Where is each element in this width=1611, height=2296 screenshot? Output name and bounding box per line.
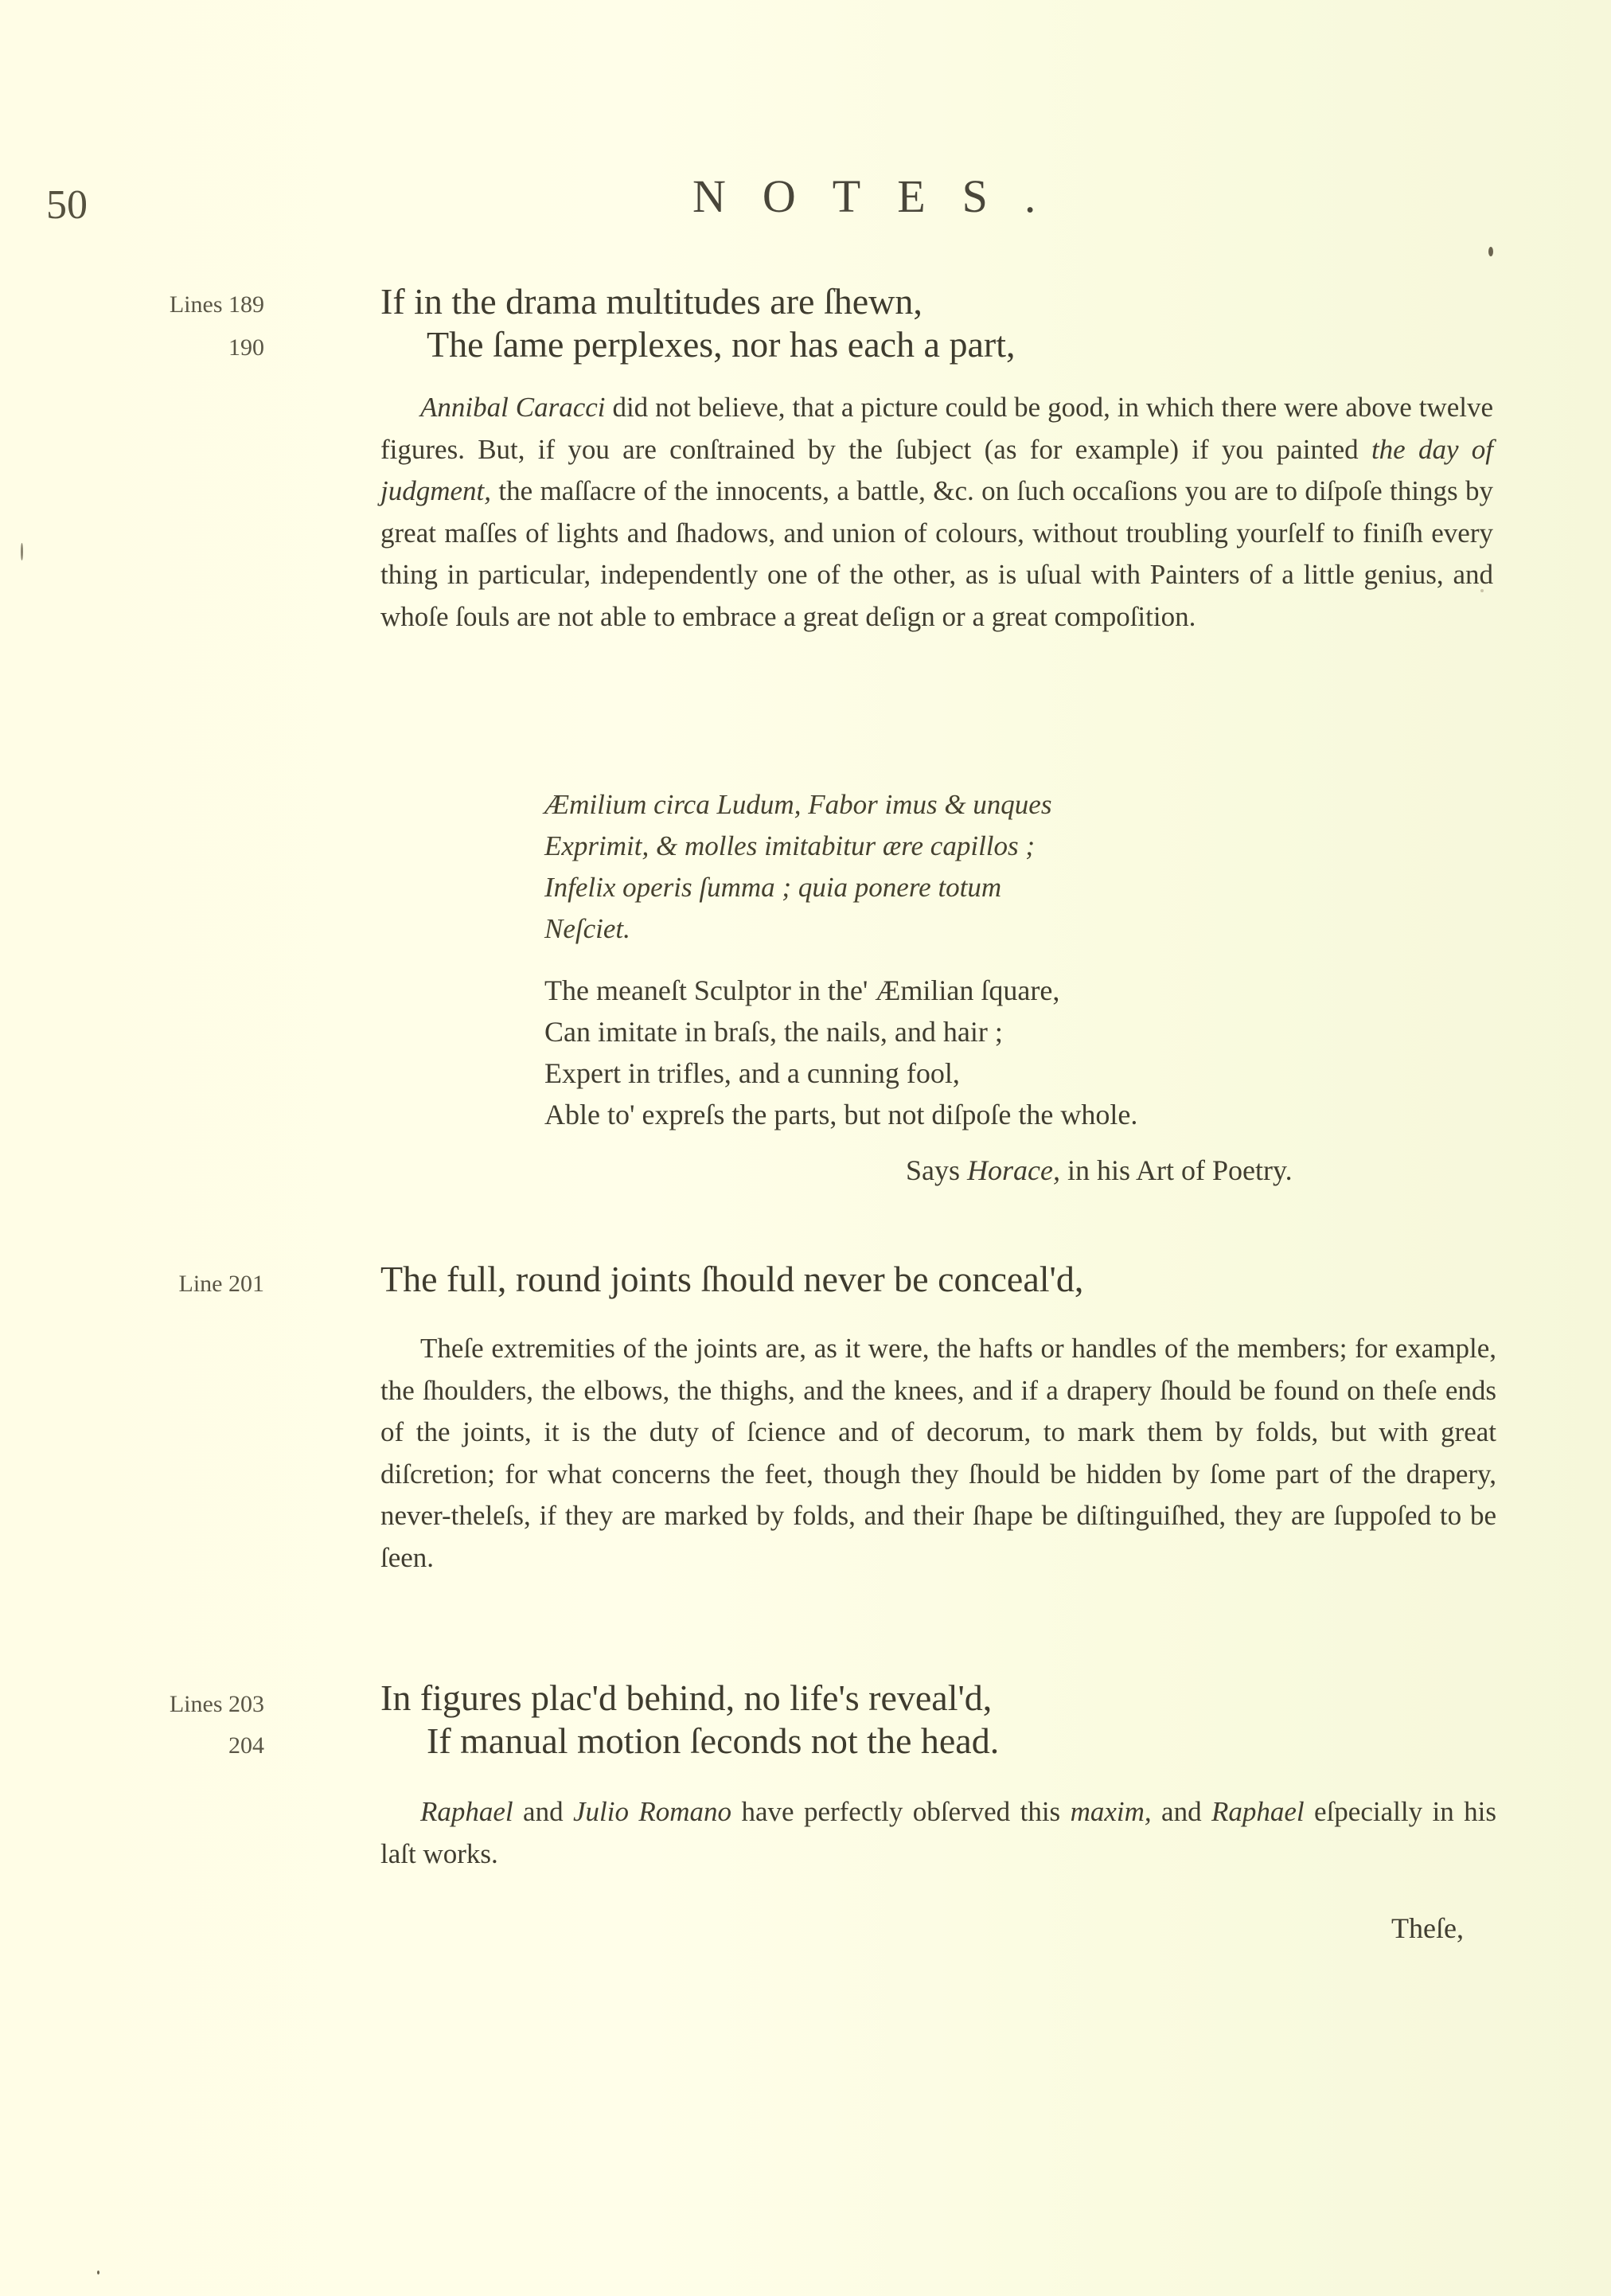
line-label-203: Lines 203 xyxy=(57,1693,264,1716)
paper-speck xyxy=(1488,247,1493,256)
commentary-text: have perfectly obſerved this xyxy=(731,1796,1071,1827)
attribution-horace: Says Horace, in his Art of Poetry. xyxy=(906,1156,1293,1185)
line-label-201: Line 201 xyxy=(57,1272,264,1296)
commentary-joints: Theſe extremities of the joints are, as … xyxy=(380,1328,1496,1579)
latin-line: Æmilium circa Ludum, Fabor imus & unques xyxy=(544,784,1051,826)
attribution-author: Horace, xyxy=(967,1154,1060,1186)
italic-name-caracci: Annibal Caracci xyxy=(420,392,606,423)
italic-name-raphael: Raphael xyxy=(1211,1796,1305,1827)
commentary-raphael: Raphael and Julio Romano have perfectly … xyxy=(380,1791,1496,1875)
attribution-prefix: Says xyxy=(906,1154,967,1186)
commentary-text: and xyxy=(1152,1796,1211,1827)
verse-line: Can imitate in braſs, the nails, and hai… xyxy=(544,1011,1137,1052)
english-verse-translation: The meaneſt Sculptor in the' Æmilian ſqu… xyxy=(544,970,1137,1135)
verse-line-189: If in the drama multitudes are ſhewn, xyxy=(380,283,923,320)
verse-line-201: The full, round joints ſhould never be c… xyxy=(380,1261,1083,1298)
running-head: NOTES. xyxy=(692,174,1072,220)
verse-line-204: If manual motion ſeconds not the head. xyxy=(427,1723,999,1759)
attribution-suffix: in his Art of Poetry. xyxy=(1060,1154,1293,1186)
verse-line: Expert in trifles, and a cunning fool, xyxy=(544,1052,1137,1094)
latin-quotation: Æmilium circa Ludum, Fabor imus & unques… xyxy=(544,784,1051,950)
verse-line-190: The ſame perplexes, nor has each a part, xyxy=(427,326,1015,363)
line-label-190: 190 xyxy=(57,336,264,360)
verse-line: The meaneſt Sculptor in the' Æmilian ſqu… xyxy=(544,970,1137,1011)
line-label-189: Lines 189 xyxy=(57,293,264,317)
italic-maxim: maxim, xyxy=(1071,1796,1152,1827)
paper-speck xyxy=(97,2271,99,2275)
paper-speck xyxy=(21,543,23,560)
commentary-text: the maſſacre of the innocents, a battle,… xyxy=(380,475,1493,632)
commentary-caracci: Annibal Caracci did not believe, that a … xyxy=(380,387,1493,638)
page-number: 50 xyxy=(46,185,88,226)
commentary-text: and xyxy=(513,1796,573,1827)
latin-line: Neſciet. xyxy=(544,908,1051,950)
italic-name-julio-romano: Julio Romano xyxy=(573,1796,731,1827)
catchword: Theſe, xyxy=(1391,1914,1464,1943)
line-label-204: 204 xyxy=(57,1734,264,1758)
italic-name-raphael: Raphael xyxy=(420,1796,513,1827)
latin-line: Exprimit, & molles imitabitur ære capill… xyxy=(544,826,1051,867)
latin-line: Infelix operis ſumma ; quia ponere totum xyxy=(544,867,1051,908)
verse-line: Able to' expreſs the parts, but not diſp… xyxy=(544,1094,1137,1135)
commentary-text: Theſe extremities of the joints are, as … xyxy=(380,1328,1496,1579)
paper-speck xyxy=(1480,589,1484,592)
verse-line-203: In figures plac'd behind, no life's reve… xyxy=(380,1680,992,1716)
